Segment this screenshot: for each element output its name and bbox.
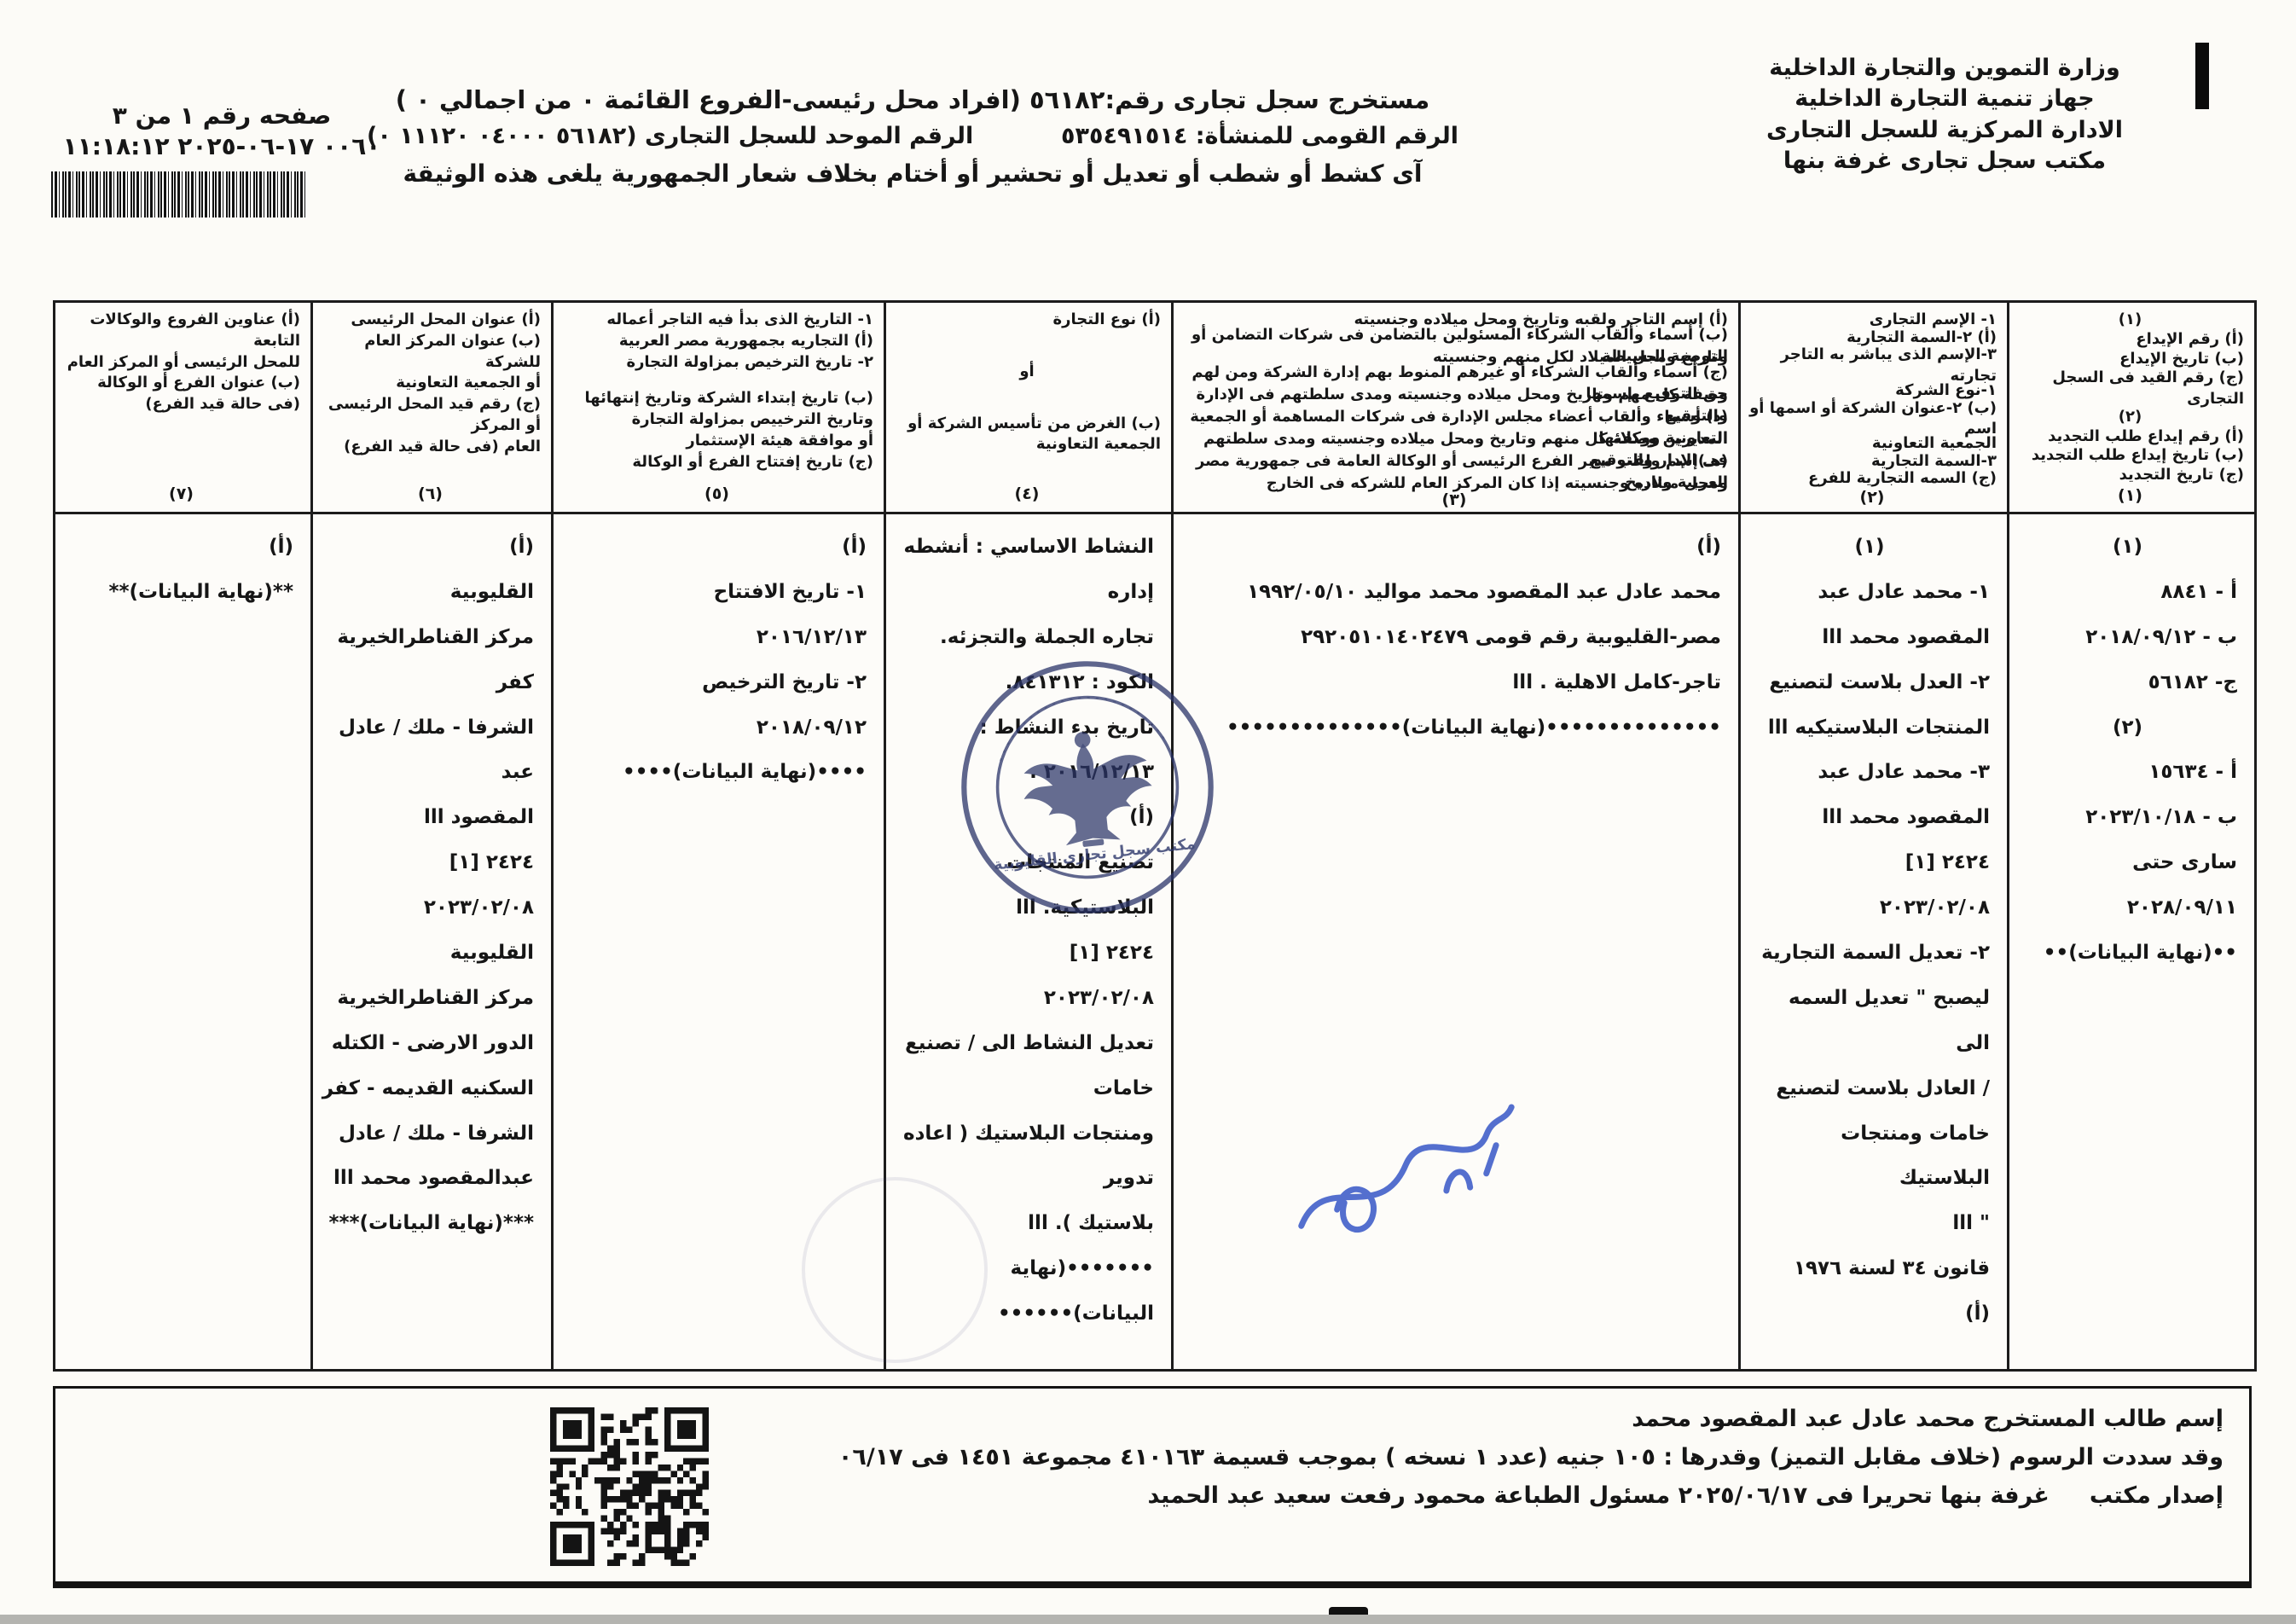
text-line (893, 331, 1161, 346)
text-line: القليوبية (322, 931, 534, 976)
text-line: وصفة كل مهم وتاريخ ومحل ميلاده وجنسيته و… (1180, 385, 1728, 407)
text-line: (٢) (2016, 407, 2244, 426)
text-line: مركز القناطرالخيرية كفر (322, 615, 534, 705)
official-round-stamp: مكتب سجل تجارى القليوبية (942, 642, 1233, 933)
text-line: ٣- محمد عادل عبد (1749, 750, 1990, 795)
text-line: (أ) (322, 525, 534, 570)
text-line: (أ) نوع التجارة (893, 310, 1161, 331)
text-line: الشرفا - ملك / عادل عبد (322, 705, 534, 796)
text-line: (ب) تاريخ إيداع طلب التجديد (2016, 445, 2244, 465)
text-line: ٢- العدل بلاست لتصنيع (1749, 660, 1990, 705)
text-line: ب - ٢٠١٨/٠٩/١٢ (2018, 615, 2237, 660)
text-line: (ج) رقم قيد المحل الرئيسى أو المركز (320, 394, 541, 437)
office-name: مكتب سجل تجارى غرفة بنها (1689, 146, 2200, 177)
text-line: ٣-الإسم الذى يباشر به التاجر تجارته (1748, 345, 1997, 380)
document-title-block: مستخرج سجل تجارى رقم:٥٦١٨٢ (افراد محل رئ… (367, 85, 1458, 188)
text-line: (ب) ٢-عنوان الشركة أو اسمها أو اسم (1748, 398, 1997, 433)
text-line: ٢٠١٦/١٢/١٣ (562, 615, 867, 660)
text-line: ١- تاريخ الافتتاح (562, 570, 867, 615)
agency-header: وزارة التموين والتجارة الداخلية جهاز تنم… (1689, 53, 2200, 177)
text-line: (ج) تاريخ إفتتاح الفرع أو الوكالة (560, 452, 873, 473)
text-line: (ب) عنوان الفرع أو الوكالة (62, 373, 300, 394)
text-line: ١- التاريخ الذى بدأ فيه التاجر أعماله (560, 310, 873, 331)
text-line: مصر-القليوبية رقم قومى ٢٩٢٠٥١٠١٤٠٢٤٧٩ (1182, 615, 1721, 660)
column-1-data: (١)أ - ٨٨٤١ب - ٢٠١٨/٠٩/١٢ج- ٥٦١٨٢(٢)أ - … (2009, 514, 2254, 1369)
text-line: (١) (1749, 525, 1990, 570)
text-line (893, 398, 1161, 414)
faint-stamp-impression (802, 1177, 988, 1363)
text-line: السكنيه القديمه - كفر (322, 1066, 534, 1111)
text-line: تعديل النشاط الى / تصنيع خامات (895, 1021, 1154, 1111)
column-number: (٥) (560, 483, 873, 508)
text-line: ١- محمد عادل عبد (1749, 570, 1990, 615)
column-number: (١) (2016, 484, 2244, 508)
column-number: (٧) (62, 483, 300, 508)
unified-register-number: الرقم الموحد للسجل التجارى (٥٦١٨٢ ٠٤٠٠٠ … (367, 123, 973, 149)
text-line: ٢٠٢٣/٠٢/٠٨ (895, 976, 1154, 1021)
column-number: (٣) (1180, 489, 1728, 508)
text-line: عبدالمقصود محمد ااا (322, 1156, 534, 1201)
text-line: ١- الإسم التجارى (1748, 310, 1997, 328)
text-line: (ج) تاريخ التجديد (2016, 465, 2244, 484)
text-line: المقصود محمد ااا (1749, 615, 1990, 660)
text-line: ٢٤٢٤ [١] (1749, 840, 1990, 885)
authority-name: جهاز تنمية التجارة الداخلية (1689, 84, 2200, 114)
text-line: (ب) أسماء وألقاب الشركاء المسئولين بالتض… (1180, 325, 1728, 347)
national-entity-number: الرقم القومى للمنشأة: ٥٣٥٤٩١٥١٤ (1061, 123, 1458, 149)
text-line: (أ) (562, 525, 867, 570)
text-line: الجمعية التعاونية (1748, 433, 1997, 451)
column-5-header: ١- التاريخ الذى بدأ فيه التاجر أعماله(أ)… (554, 303, 884, 514)
column-3-header: (أ) إسم التاجر ولقبه وتاريخ ومحل ميلاده … (1174, 303, 1738, 514)
text-line: محمد عادل عبد المقصود محمد مواليد ١٩٩٢/٠… (1182, 570, 1721, 615)
page-number: صفحه رقم ١ من ٣ (47, 101, 397, 131)
text-line: أ - ١٥٦٣٤ (2018, 750, 2237, 795)
text-line: ٢٠٢٣/٠٢/٠٨ (1749, 885, 1990, 931)
text-line: (أ) عناوين الفروع والوكالات التابعة (62, 310, 300, 352)
text-line: المديرين وصفة كل منهم وتاريخ ومحل ميلاده… (1180, 429, 1728, 451)
text-line: قانون ٣٤ لسنة ١٩٧٦ (1749, 1246, 1990, 1291)
print-timestamp: ٠٠٦٠ ١٧-٠٦-٢٠٢٥ ١١:١٨:١٢ (47, 131, 397, 162)
text-line: " ااا (1749, 1201, 1990, 1246)
text-line: (أ) التجاريه بجمهورية مصر العربية (560, 331, 873, 352)
text-line: العام (فى حالة قيد الفرع) (320, 437, 541, 458)
text-line: (٢) (2018, 705, 2237, 751)
text-line: (فى حالة قيد الفرع) (62, 394, 300, 415)
column-number: (٤) (893, 483, 1161, 508)
text-line: (أ) رقم الإيداع (2016, 329, 2244, 349)
text-line: (أ) إسم التاجر ولقبه وتاريخ ومحل ميلاده … (1180, 310, 1728, 325)
column-7-header: (أ) عناوين الفروع والوكالات التابعةللمحل… (55, 303, 310, 514)
column-2-data: (١)١- محمد عادل عبدالمقصود محمد ااا٢- ال… (1741, 514, 2007, 1369)
text-line: (ب) تاريخ إبتداء الشركة وتاريخ إنتهائها (560, 388, 873, 409)
text-line: المنتجات البلاستيكيه ااا (1749, 705, 1990, 751)
text-line: أو موافقة هيئة الإستثمار (560, 431, 873, 452)
text-line: (أ) (64, 525, 293, 570)
requester-name-line: إسم طالب المستخرج محمد عادل عبد المقصود … (81, 1406, 2224, 1432)
text-line: ٢٠٢٨/٠٩/١١ (2018, 885, 2237, 931)
issuing-office-line: إصدار مكتب غرفة بنها تحريرا فى ٢٠٢٥/٠٦/١… (81, 1482, 2224, 1509)
text-line: (أ) ٢-السمة التجارية (1748, 328, 1997, 345)
issuance-footer: إسم طالب المستخرج محمد عادل عبد المقصود … (53, 1386, 2252, 1588)
text-line: ٢٤٢٤ [١] (895, 931, 1154, 976)
column-7: (أ) عناوين الفروع والوكالات التابعةللمحل… (55, 303, 310, 1369)
ministry-name: وزارة التموين والتجارة الداخلية (1689, 53, 2200, 84)
text-line: ٢- تاريخ الترخيص (562, 660, 867, 705)
page-info-block: صفحه رقم ١ من ٣ ٠٠٦٠ ١٧-٠٦-٢٠٢٥ ١١:١٨:١٢ (47, 101, 397, 217)
scan-edge (0, 1615, 2296, 1624)
column-2-header: ١- الإسم التجارى(أ) ٢-السمة التجارية٣-ال… (1741, 303, 2007, 514)
extract-title: مستخرج سجل تجارى رقم:٥٦١٨٢ (افراد محل رئ… (367, 85, 1458, 114)
text-line: تاجر-كامل الاهلية . ااا (1182, 660, 1721, 705)
text-line (560, 373, 873, 388)
text-line: (ج) السمه التجارية للفرع (1748, 468, 1997, 486)
text-line: الدور الارضى - الكتله (322, 1021, 534, 1066)
text-line: ٢٠١٨/٠٩/١٢ (562, 705, 867, 751)
text-line: القليوبية (322, 570, 534, 615)
text-line: (هـ)إسم ولقب مدير الفرع الرئيسى أو الوكا… (1180, 451, 1728, 473)
column-3-data: (أ)محمد عادل عبد المقصود محمد مواليد ١٩٩… (1174, 514, 1738, 1369)
text-line: (أ) (1182, 525, 1721, 570)
text-line: ٢٤٢٤ [١] (322, 840, 534, 885)
text-line: **(نهاية البيانات)** (64, 570, 293, 615)
text-line: ••••••••••••••(نهاية البيانات)••••••••••… (1182, 705, 1721, 751)
text-line: ١-نوع الشركة (1748, 380, 1997, 398)
column-6-header: (أ) عنوان المحل الرئيسى(ب) عنوان المركز … (313, 303, 551, 514)
warning-line: آى كشط أو شطب أو تعديل أو تحشير أو أختام… (367, 159, 1458, 188)
text-line: للمحل الرئيسى أو المركز العام (62, 352, 300, 374)
text-line: أ - ٨٨٤١ (2018, 570, 2237, 615)
text-line: وتاريخ الترخييص بمزاولة التجارة (560, 409, 873, 431)
eagle-icon (1018, 725, 1157, 852)
text-line (893, 346, 1161, 362)
text-line: ومحل ميلاده وجنسيته إذا كان المركز العام… (1180, 473, 1728, 489)
text-line: وتاريخ ومحل الميلاد لكل منهم وجنسيته (1180, 347, 1728, 362)
text-line: خامات ومنتجات البلاستيك (1749, 1111, 1990, 1202)
text-line: سارى حتى (2018, 840, 2237, 885)
text-line: المقصود محمد ااا (1749, 795, 1990, 840)
document-page: وزارة التموين والتجارة الداخلية جهاز تنم… (0, 0, 2296, 1624)
column-7-data: (أ)**(نهاية البيانات)** (55, 514, 310, 1369)
text-line: (ب) تاريخ الإيداع (2016, 349, 2244, 368)
column-6-data: (أ)القليوبيةمركز القناطرالخيرية كفرالشرف… (313, 514, 551, 1369)
text-line: ج- ٥٦١٨٢ (2018, 660, 2237, 705)
column-2: ١- الإسم التجارى(أ) ٢-السمة التجارية٣-ال… (1738, 303, 2007, 1369)
text-line: (١) (2016, 310, 2244, 329)
text-line: ٢٠٢٣/٠٢/٠٨ (322, 885, 534, 931)
column-1-header: (١)(أ) رقم الإيداع(ب) تاريخ الإيداع(ج) ر… (2009, 303, 2254, 514)
column-6: (أ) عنوان المحل الرئيسى(ب) عنوان المركز … (310, 303, 551, 1369)
text-line: الشرفا - ملك / عادل (322, 1111, 534, 1157)
text-line: النشاط الاساسي : أنشطه إداره (895, 525, 1154, 615)
text-line: ••(نهاية البيانات)•• (2018, 931, 2237, 976)
text-line: ٢- تعديل السمة التجارية (1749, 931, 1990, 976)
text-line: (د) أسماء وألقاب أعضاء مجلس الإدارة فى ش… (1180, 407, 1728, 429)
qr-code (550, 1407, 709, 1566)
text-line: مركز القناطرالخيرية (322, 976, 534, 1021)
fees-line: وقد سددت الرسوم (خلاف مقابل التميز) وقدر… (81, 1444, 2224, 1470)
column-number: (٢) (1748, 486, 1997, 508)
text-line: ٣-السمة التجارية (1748, 451, 1997, 469)
text-line: أو (893, 362, 1161, 383)
column-1: (١)(أ) رقم الإيداع(ب) تاريخ الإيداع(ج) ر… (2007, 303, 2254, 1369)
text-line: ••••(نهاية البيانات)•••• (562, 750, 867, 795)
column-number: (٦) (320, 483, 541, 508)
text-line: (ب) الغرض من تأسيس الشركة أو الجمعية الت… (893, 414, 1161, 456)
text-line: (١) (2018, 525, 2237, 570)
text-line: (أ) رقم إيداع طلب التجديد (2016, 426, 2244, 446)
text-line: المقصود ااا (322, 795, 534, 840)
text-line: (أ) عنوان المحل الرئيسى (320, 310, 541, 331)
text-line (893, 383, 1161, 398)
text-line: (ب) عنوان المركز العام للشركة (320, 331, 541, 374)
text-line: ليصبح " تعديل السمه الى (1749, 976, 1990, 1066)
text-line: ب - ٢٠٢٣/١٠/١٨ (2018, 795, 2237, 840)
text-line: / العادل بلاست لتصنيع (1749, 1066, 1990, 1111)
text-line: (أ) (1749, 1291, 1990, 1337)
scan-artifact (2195, 43, 2209, 109)
text-line: أو الجمعية التعاونية (320, 373, 541, 394)
column-4-header: (أ) نوع التجارةأو(ب) الغرض من تأسيس الشر… (886, 303, 1171, 514)
text-line: (ج) أسماء وألقاب الشركاء أو غيرهم المنوط… (1180, 362, 1728, 385)
text-line: (ج) رقم القيد فى السجل التجارى (2016, 368, 2244, 407)
text-line: ***(نهاية البيانات)*** (322, 1201, 534, 1246)
text-line: ٢- تاريخ الترخيص بمزاولة التجارة (560, 352, 873, 374)
barcode (51, 171, 307, 217)
central-admin-name: الادارة المركزية للسجل التجارى (1689, 115, 2200, 146)
